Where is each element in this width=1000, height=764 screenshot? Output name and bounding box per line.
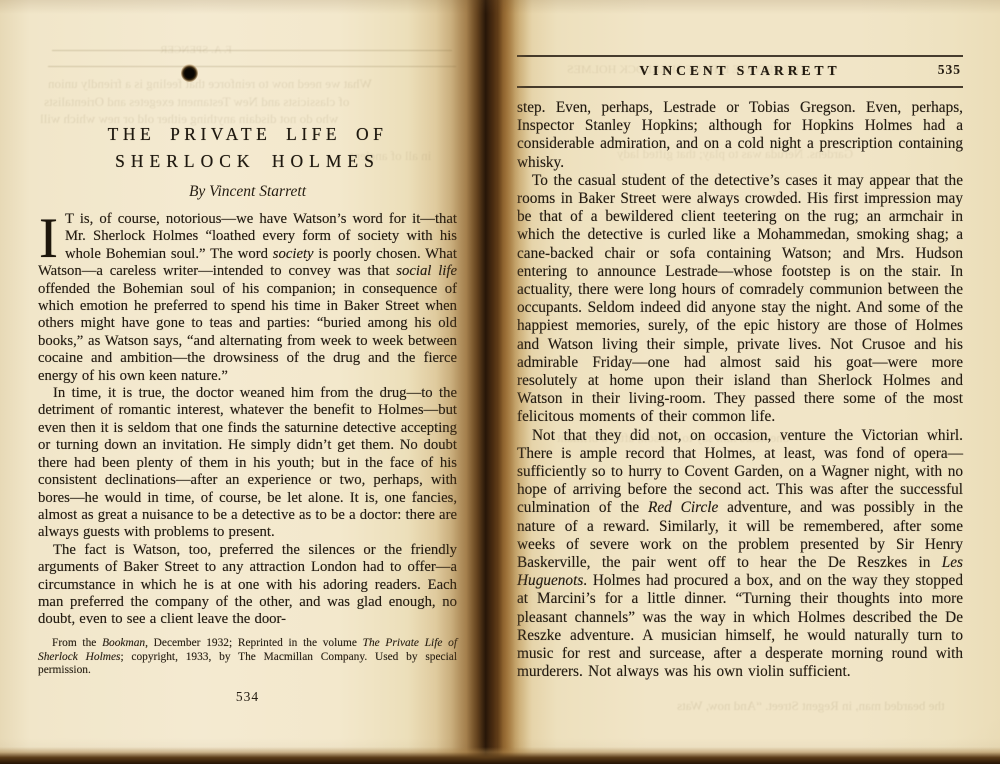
paragraph: step. Even, perhaps, Lestrade or Tobias … — [517, 99, 963, 172]
drop-cap: I — [39, 214, 58, 263]
open-book-photo: F. A. SPENCERWhat we need now to reinfor… — [0, 0, 1000, 764]
paragraph: In time, it is true, the doctor weaned h… — [38, 385, 457, 542]
footnote: From the Bookman, December 1932; Reprint… — [38, 637, 457, 678]
right-page-text-block: VINCENT STARRETT 535 step. Even, perhaps… — [517, 55, 963, 682]
bleedthrough-text: F. A. SPENCER — [160, 44, 232, 56]
article-title-line1: THE PRIVATE LIFE OF — [38, 124, 457, 145]
right-page-number: 535 — [938, 62, 961, 78]
paragraph: The fact is Watson, too, preferred the s… — [38, 542, 457, 629]
header-rule-bottom — [517, 86, 963, 88]
left-page-body: IT is, of course, notorious—we have Wats… — [38, 211, 457, 629]
left-page-number: 534 — [38, 689, 457, 705]
paragraph: IT is, of course, notorious—we have Wats… — [38, 211, 457, 385]
left-page: F. A. SPENCERWhat we need now to reinfor… — [0, 0, 497, 764]
running-head: VINCENT STARRETT — [639, 63, 840, 78]
article-title-line2: SHERLOCK HOLMES — [38, 151, 457, 172]
running-head-block: VINCENT STARRETT 535 — [517, 55, 963, 88]
bleedthrough-rule — [48, 66, 456, 67]
bleedthrough-text: the bearded man, in Regent Street. “And … — [677, 698, 945, 714]
right-page-body: step. Even, perhaps, Lestrade or Tobias … — [517, 99, 963, 682]
byline: By Vincent Starrett — [38, 183, 457, 201]
bleedthrough-rule — [52, 50, 452, 51]
bleedthrough-text: What we need now to reinforce that feeli… — [48, 76, 372, 92]
paragraph: To the casual student of the detective’s… — [517, 172, 963, 427]
paragraph: Not that they did not, on occasion, vent… — [517, 427, 963, 682]
burn-hole — [181, 64, 198, 82]
left-page-text-block: THE PRIVATE LIFE OF SHERLOCK HOLMES By V… — [38, 124, 457, 705]
right-page: THE PRIVATE LIFE OF SHERLOCK HOLMESGarde… — [497, 0, 1000, 764]
bleedthrough-text: of classicists and New Testament exegete… — [44, 94, 349, 110]
